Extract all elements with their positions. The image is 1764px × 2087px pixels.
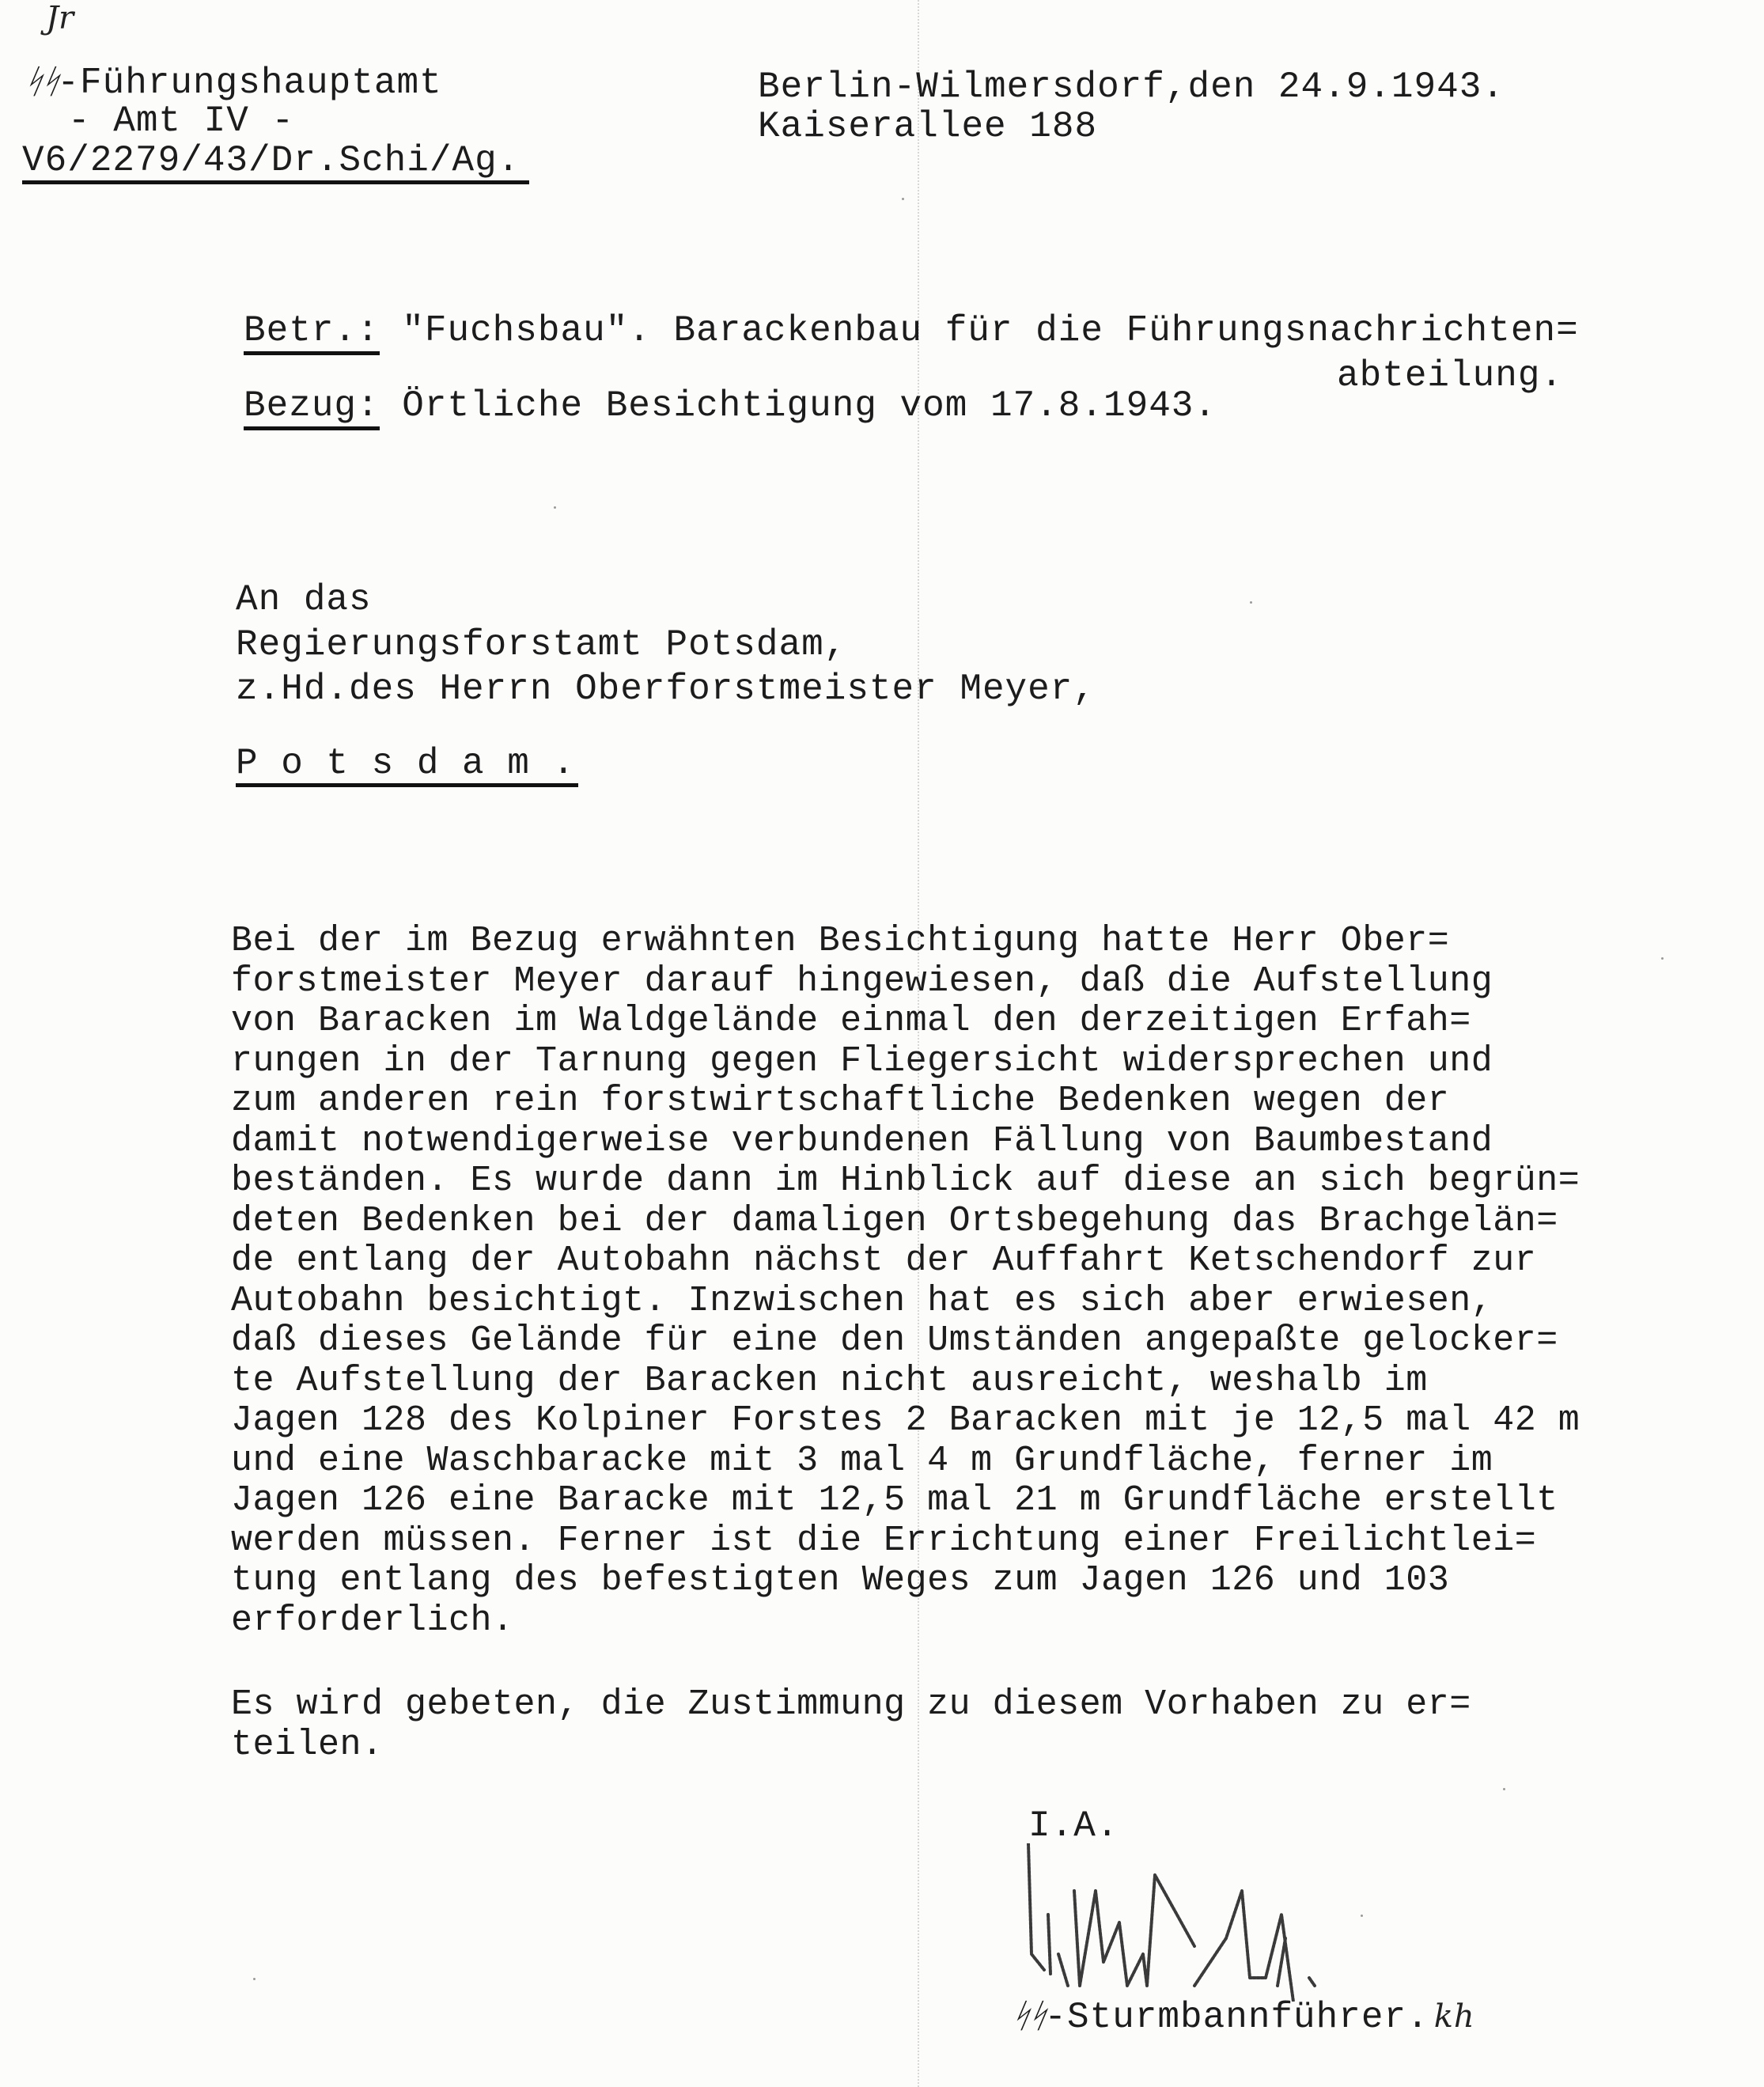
body-line: werden müssen. Ferner ist die Errichtung… bbox=[231, 1521, 1758, 1562]
body-line: zum anderen rein forstwirtschaftliche Be… bbox=[231, 1081, 1758, 1122]
rank-line: ᛋᛋ-Sturmbannführer.kh bbox=[1011, 1996, 1475, 2037]
betr-text-continued: abteilung. bbox=[1337, 356, 1563, 396]
body-line: Es wird gebeten, die Zustimmung zu diese… bbox=[231, 1685, 1758, 1725]
body-line: daß dieses Gelände für eine den Umstände… bbox=[231, 1321, 1758, 1362]
office-name: -Führungshauptamt bbox=[57, 62, 441, 104]
body-line: te Aufstellung der Baracken nicht ausrei… bbox=[231, 1362, 1758, 1402]
bezug-text: Örtliche Besichtigung vom 17.8.1943. bbox=[402, 385, 1217, 426]
handwritten-initial: Jr bbox=[46, 0, 74, 36]
bezug-line: Bezug: Örtliche Besichtigung vom 17.8.19… bbox=[244, 386, 1217, 426]
body-line: und eine Waschbaracke mit 3 mal 4 m Grun… bbox=[231, 1441, 1758, 1482]
body-line: beständen. Es wurde dann im Hinblick auf… bbox=[231, 1161, 1758, 1202]
place-date: Berlin-Wilmersdorf,den 24.9.1943. bbox=[758, 67, 1505, 107]
recipient-line-1: An das bbox=[236, 580, 372, 619]
ia-label: I.A. bbox=[1028, 1806, 1119, 1846]
body-line: Bei der im Bezug erwähnten Besichtigung … bbox=[231, 922, 1758, 962]
body-line: von Baracken im Waldgelände einmal den d… bbox=[231, 1002, 1758, 1042]
bezug-label: Bezug: bbox=[244, 385, 380, 430]
ss-runes-icon: ᛋᛋ bbox=[21, 62, 61, 101]
body-line: Jagen 128 des Kolpiner Forstes 2 Baracke… bbox=[231, 1401, 1758, 1441]
body-line: Autobahn besichtigt. Inzwischen hat es s… bbox=[231, 1282, 1758, 1322]
recipient-line-2: Regierungsforstamt Potsdam, bbox=[236, 625, 846, 665]
office-line: ᛋᛋ-Führungshauptamt bbox=[24, 62, 442, 103]
signature-icon bbox=[1005, 1843, 1337, 2002]
body-line: Jagen 126 eine Baracke mit 12,5 mal 21 m… bbox=[231, 1481, 1758, 1521]
recipient-line-3: z.Hd.des Herrn Oberforstmeister Meyer, bbox=[236, 669, 1096, 709]
handwritten-mark: kh bbox=[1434, 1998, 1475, 2035]
body-line: tung entlang des befestigten Weges zum J… bbox=[231, 1561, 1758, 1601]
betr-label: Betr.: bbox=[244, 310, 380, 355]
body-paragraph-2: Es wird gebeten, die Zustimmung zu diese… bbox=[231, 1685, 1758, 1765]
body-line: deten Bedenken bei der damaligen Ortsbeg… bbox=[231, 1202, 1758, 1242]
reference-number: V6/2279/43/Dr.Schi/Ag. bbox=[22, 141, 529, 184]
betr-text: "Fuchsbau". Barackenbau für die Führungs… bbox=[402, 310, 1578, 351]
department: - Amt IV - bbox=[68, 101, 294, 141]
body-paragraph-1: Bei der im Bezug erwähnten Besichtigung … bbox=[231, 922, 1758, 1641]
body-line: erforderlich. bbox=[231, 1601, 1758, 1642]
recipient-city: P o t s d a m . bbox=[236, 744, 578, 787]
body-line: de entlang der Autobahn nächst der Auffa… bbox=[231, 1241, 1758, 1282]
ss-runes-icon: ᛋᛋ bbox=[1008, 1996, 1048, 2036]
body-line: rungen in der Tarnung gegen Fliegersicht… bbox=[231, 1042, 1758, 1082]
address: Kaiserallee 188 bbox=[758, 107, 1097, 146]
betr-line: Betr.: "Fuchsbau". Barackenbau für die F… bbox=[244, 311, 1579, 350]
body-line: damit notwendigerweise verbundenen Fällu… bbox=[231, 1122, 1758, 1162]
rank-title: -Sturmbannführer. bbox=[1044, 1997, 1429, 2038]
body-line: teilen. bbox=[231, 1725, 1758, 1766]
letter-page: Jr ᛋᛋ-Führungshauptamt - Amt IV - V6/227… bbox=[0, 0, 1764, 2087]
body-line: forstmeister Meyer darauf hingewiesen, d… bbox=[231, 962, 1758, 1002]
